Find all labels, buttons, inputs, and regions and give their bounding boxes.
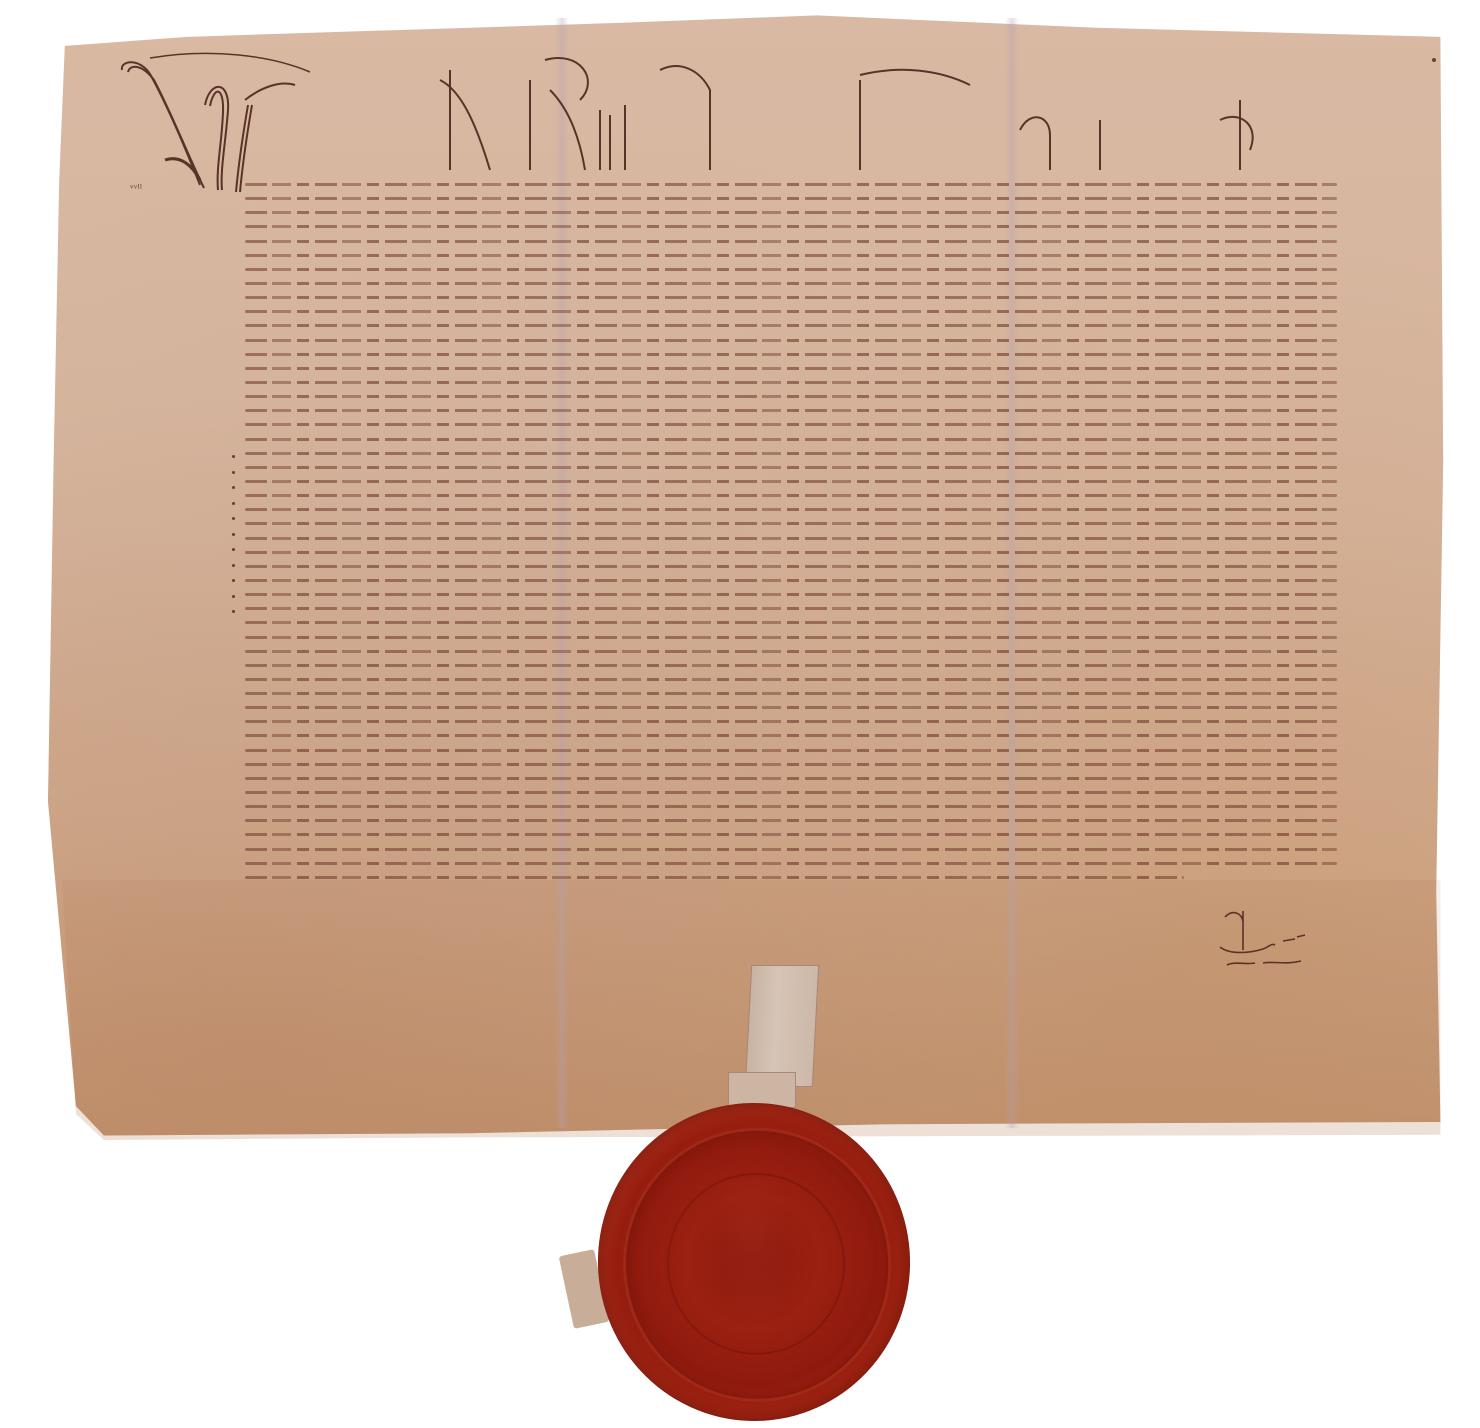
text-line — [245, 461, 1337, 475]
text-line — [245, 517, 1337, 531]
text-line — [245, 786, 1337, 800]
text-line — [245, 560, 1337, 574]
text-line — [245, 758, 1337, 772]
chancery-signature — [1205, 905, 1325, 975]
text-line — [245, 348, 1337, 362]
text-line — [245, 828, 1337, 842]
text-line — [245, 602, 1337, 616]
text-line — [245, 715, 1337, 729]
text-line — [245, 532, 1337, 546]
text-line — [245, 574, 1337, 588]
text-line — [245, 277, 1337, 291]
text-line — [245, 249, 1337, 263]
text-line — [245, 362, 1337, 376]
elongated-first-line-letters — [380, 40, 1280, 190]
text-line — [245, 319, 1337, 333]
text-line — [245, 701, 1337, 715]
text-line — [245, 404, 1337, 418]
text-line — [245, 687, 1337, 701]
text-line — [245, 659, 1337, 673]
text-line — [245, 475, 1337, 489]
text-line — [245, 291, 1337, 305]
text-line — [245, 729, 1337, 743]
svg-text:ᵛᵛˡˡ: ᵛᵛˡˡ — [129, 184, 142, 195]
red-wax-seal — [587, 1093, 920, 1428]
corner-mark — [1432, 58, 1436, 62]
text-line — [245, 235, 1337, 249]
text-line — [245, 334, 1337, 348]
text-line — [245, 489, 1337, 503]
text-line — [245, 447, 1337, 461]
charter-text-block: Wir Sigmund von gotes gnaden Romischer k… — [245, 178, 1337, 888]
text-line — [245, 800, 1337, 814]
text-line — [245, 645, 1337, 659]
seal-figure-icon — [711, 1177, 797, 1341]
text-line — [245, 857, 1337, 871]
text-line — [245, 673, 1337, 687]
seal-tag-strip — [745, 965, 819, 1087]
text-line — [245, 631, 1337, 645]
text-line — [245, 433, 1337, 447]
text-line — [245, 305, 1337, 319]
text-line: Wir Sigmund von gotes gnaden Romischer k… — [245, 178, 1337, 192]
text-line — [245, 772, 1337, 786]
text-line — [245, 503, 1337, 517]
text-line — [245, 814, 1337, 828]
text-line — [245, 418, 1337, 432]
text-line — [245, 588, 1337, 602]
text-line — [245, 220, 1337, 234]
margin-ruling-marks — [232, 455, 240, 625]
text-line — [245, 744, 1337, 758]
text-line-content: Wir Sigmund von gotes gnaden Romischer k… — [245, 178, 1337, 189]
text-line — [245, 843, 1337, 857]
text-line — [245, 871, 1337, 885]
text-line — [245, 206, 1337, 220]
text-line — [245, 263, 1337, 277]
text-line — [245, 192, 1337, 206]
text-line — [245, 376, 1337, 390]
text-line — [245, 546, 1337, 560]
text-line — [245, 616, 1337, 630]
text-line — [245, 390, 1337, 404]
